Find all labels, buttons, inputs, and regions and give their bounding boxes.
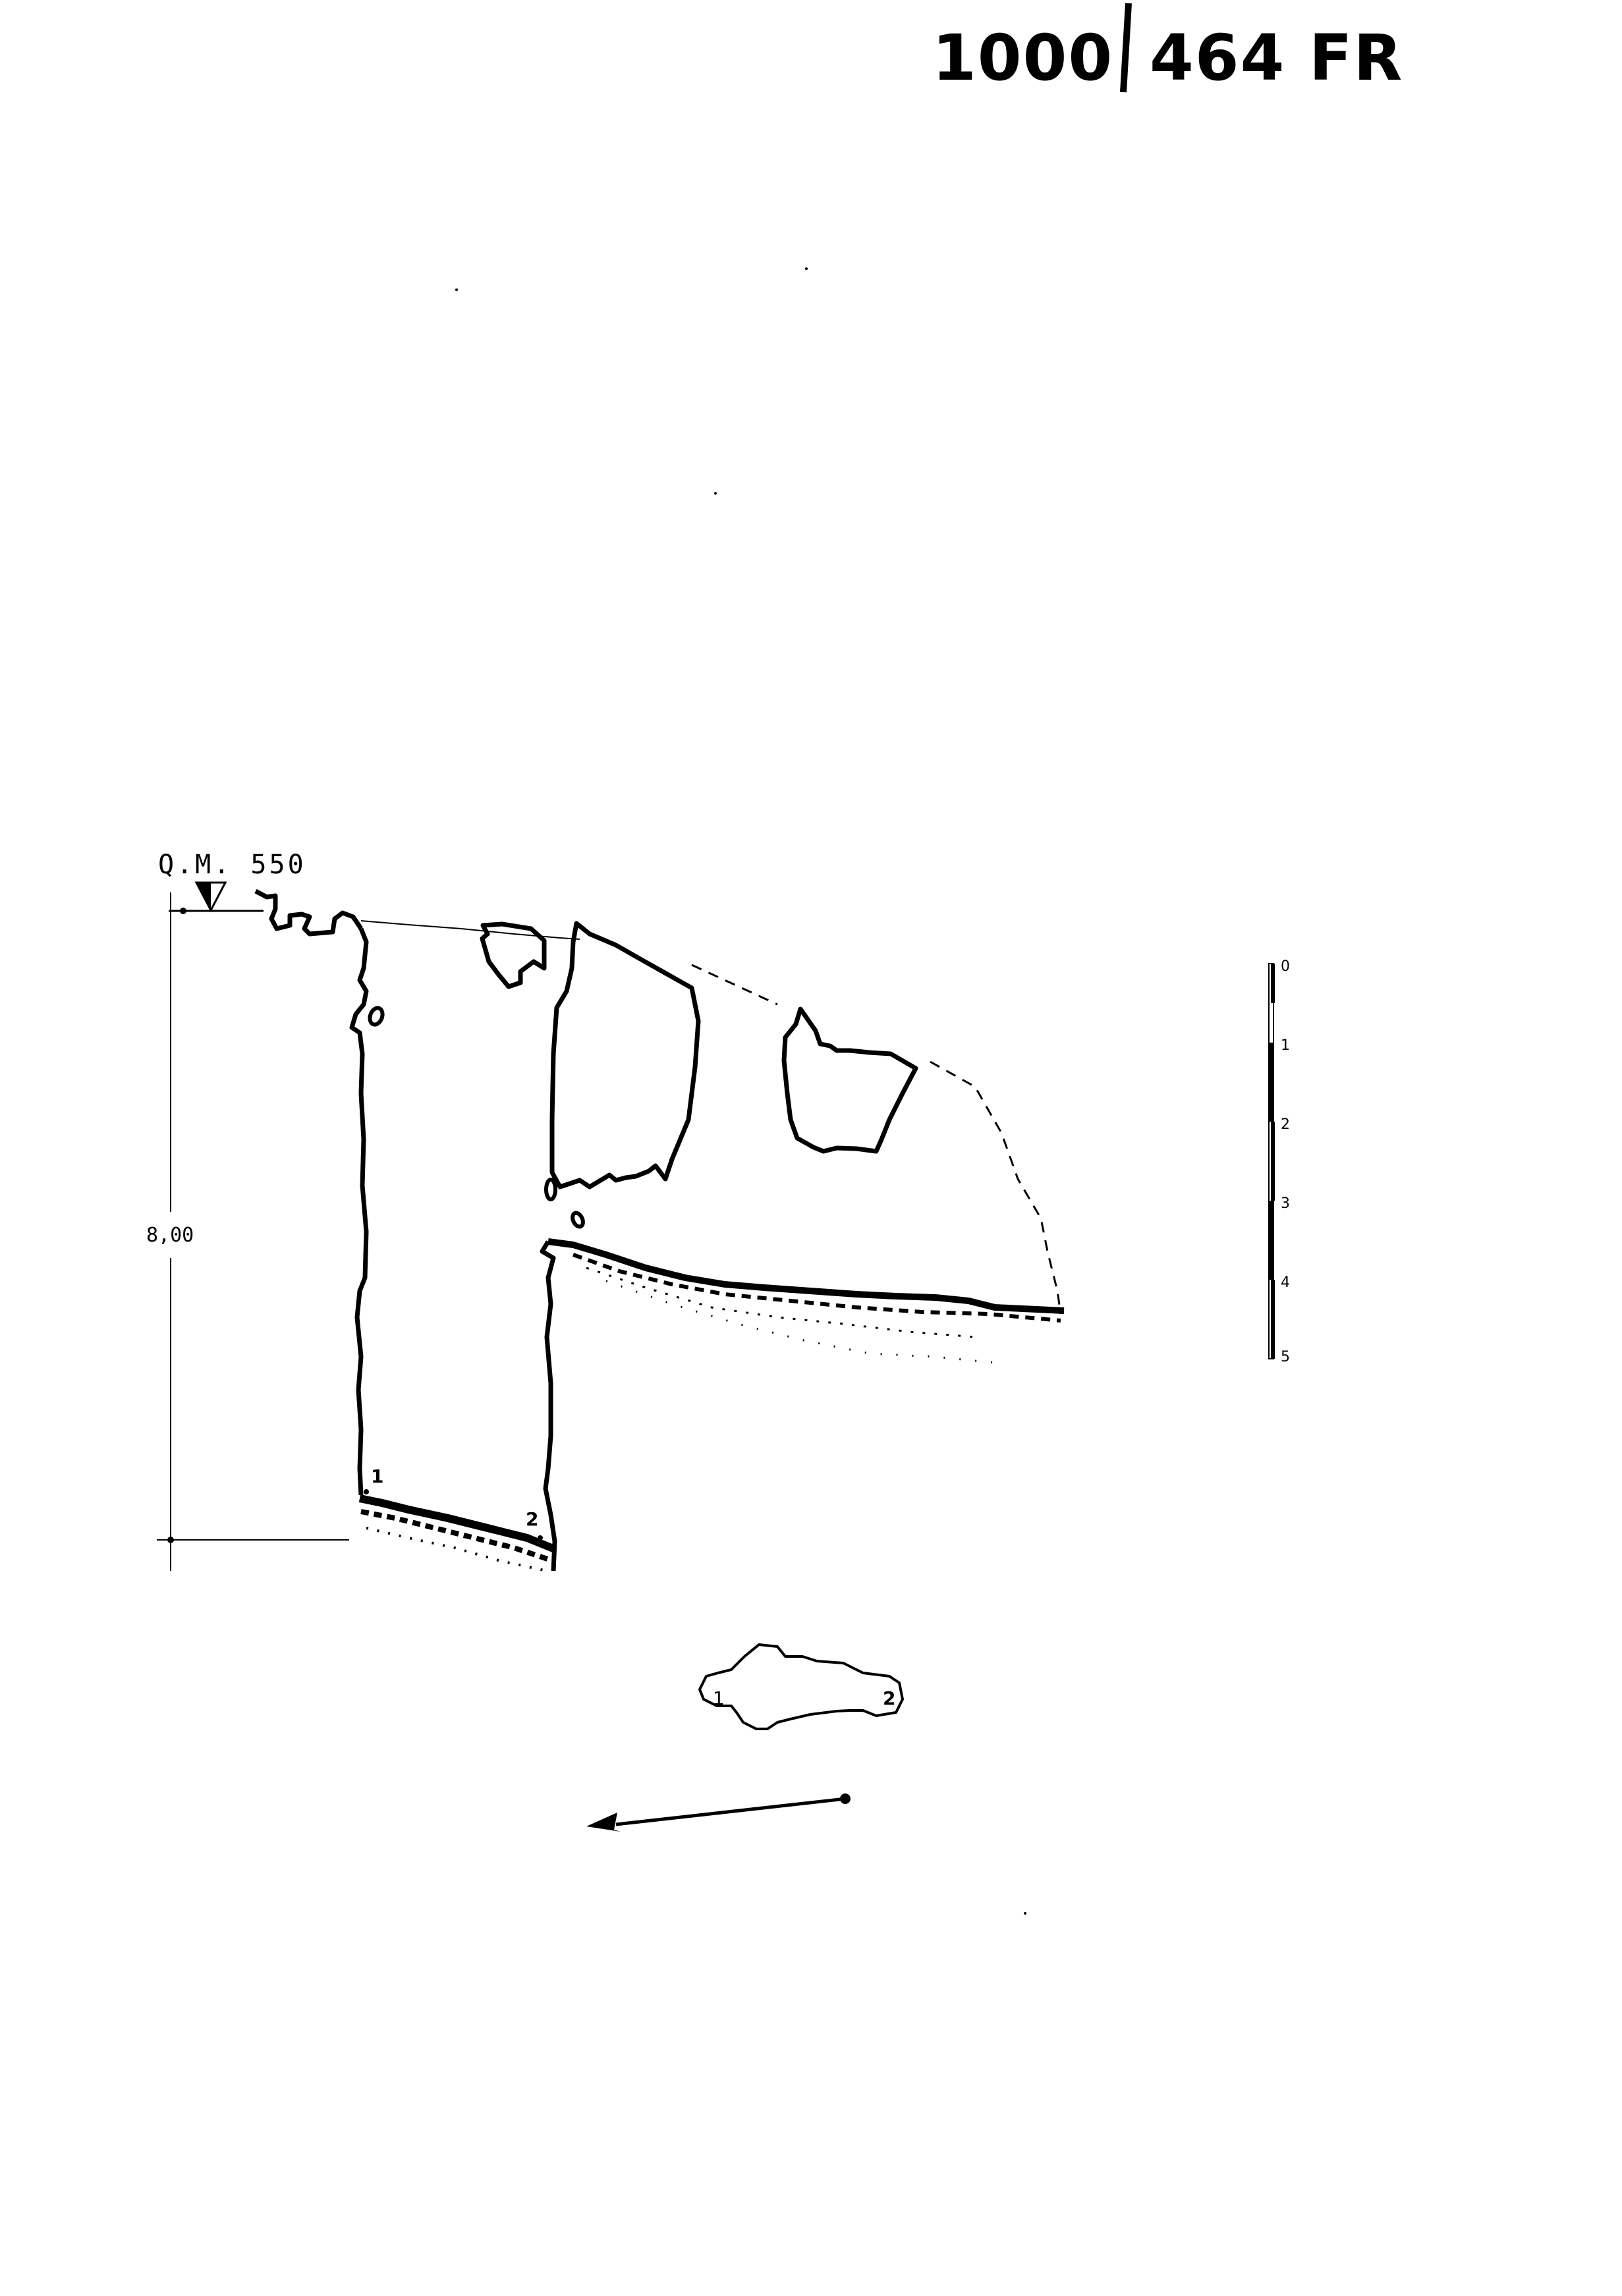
- scale-bar: [1269, 964, 1275, 1359]
- section-drawing: [0, 0, 1622, 2296]
- direction-arrow-icon: [586, 1793, 851, 1832]
- section-point-2: 2: [526, 1508, 538, 1530]
- small-cavity: [368, 1006, 385, 1027]
- depth-dimension-label: 8,00: [146, 1224, 194, 1247]
- drawing-sheet: 1000 464 FR: [0, 0, 1622, 2296]
- shaft-right-wall: [542, 1242, 555, 1571]
- plan-view-outline: [700, 1645, 903, 1729]
- elevation-label: Q.M. 550: [158, 850, 306, 880]
- scale-tick-0: 0: [1281, 958, 1290, 975]
- scale-tick-4: 4: [1281, 1274, 1290, 1291]
- plan-point-2: 2: [883, 1687, 895, 1709]
- pebble: [571, 1211, 585, 1228]
- entrance-rock-edge: [256, 891, 361, 934]
- scale-tick-5: 5: [1281, 1349, 1290, 1365]
- shaft-left-wall: [352, 929, 366, 1495]
- scan-speck: [805, 267, 808, 270]
- shaft-floor-debris: [360, 1489, 555, 1571]
- catalog-separator: [1123, 3, 1129, 92]
- scan-speck: [1024, 1912, 1026, 1915]
- scale-tick-3: 3: [1281, 1195, 1290, 1212]
- scale-tick-2: 2: [1281, 1116, 1290, 1133]
- section-point-1: 1: [371, 1465, 383, 1487]
- scan-speck: [714, 492, 717, 495]
- ground-surface-line: [361, 921, 580, 939]
- plan-point-1: 1: [713, 1687, 725, 1709]
- scan-speck: [455, 288, 458, 291]
- rock-block-right: [784, 1009, 916, 1151]
- elevation-marker-icon: [169, 883, 264, 914]
- rock-pillar: [552, 923, 698, 1187]
- pebble: [546, 1180, 555, 1199]
- inferred-outline: [692, 965, 1061, 1314]
- gallery-floor-debris: [548, 1242, 1064, 1363]
- scale-tick-1: 1: [1281, 1037, 1290, 1054]
